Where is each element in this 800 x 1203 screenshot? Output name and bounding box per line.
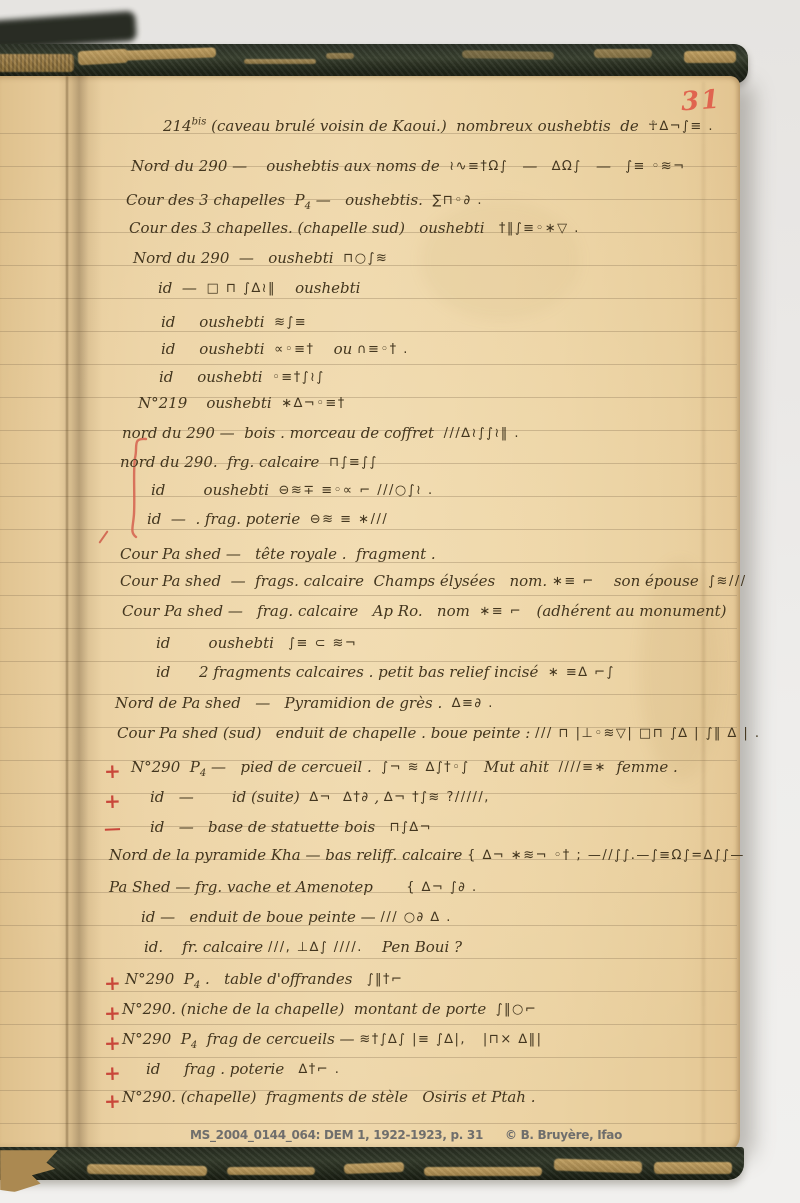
handwritten-text: ou (315, 340, 358, 358)
hieroglyph-run: { ∆¬ ∗≋¬ ◦† ; —//∫∫.—∫≡Ω∫=∆∫∫— (467, 848, 745, 863)
hieroglyph-run: ////≡∗ (559, 760, 607, 775)
manuscript-line: Nord de la pyramide Kha — bas reliff. ca… (109, 845, 745, 865)
handwritten-text: son épouse (595, 572, 709, 590)
manuscript-line: id oushebti ∝◦≡† ou ∩≡◦† . (161, 339, 409, 359)
cover-wear-patch (594, 49, 652, 58)
manuscript-line: id oushebti ⊖≋∓ ≡◦∝ ⌐ ///○∫≀ . (151, 480, 434, 500)
manuscript-line: id — . frag. poterie ⊖≋ ≡ ∗/// (147, 509, 388, 529)
handwritten-text: N°290. (niche de la chapelle) montant de… (122, 1000, 496, 1018)
manuscript-line: nord du 290. frg. calcaire ⊓∫≡∫∫ (120, 452, 378, 472)
manuscript-line: id — □ ⊓ ∫∆≀‖ oushebti (158, 278, 360, 298)
hieroglyph-run: ∆¬ †∫≋ ?/////, (384, 790, 490, 805)
handwritten-text: 214 (163, 117, 192, 135)
handwritten-text: . table d'offrandes (200, 970, 367, 988)
cover-wear-patch (344, 1162, 404, 1174)
hieroglyph-run: ∆†⌐ . (299, 1062, 341, 1077)
manuscript-line: nord du 290 — bois . morceau de coffret … (122, 423, 520, 443)
manuscript-line: Cour Pa shed — tête royale . fragment . (120, 544, 436, 564)
handwritten-text: , (370, 788, 384, 806)
handwritten-text: N°290 P (131, 758, 200, 776)
hieroglyph-run: ∆≡∂ . (452, 696, 494, 711)
red-margin-plus-mark: + (104, 971, 122, 996)
cover-wear-patch (227, 1167, 315, 1175)
manuscript-line: Nord du 290 — oushebtis aux noms de ≀∿≡†… (131, 156, 686, 176)
handwritten-text: (adhérent au monument) (522, 602, 726, 620)
hieroglyph-run: ◦≡†∫≀∫ (272, 370, 324, 385)
manuscript-line: id oushebti ∫≡ ⊂ ≋¬ (156, 633, 357, 653)
hieroglyph-run: ∫‖○⌐ (496, 1002, 538, 1017)
handwritten-text: id — (158, 279, 206, 297)
handwritten-text: Cour Pa shed — frag. calcaire Ap Ro. nom (122, 602, 479, 620)
handwritten-text: — pied de cercueil . (206, 758, 381, 776)
hieroglyph-run: †‖∫≡◦∗▽ . (499, 221, 580, 236)
manuscript-line: 214bis (caveau brulé voisin de Kaoui.) n… (163, 116, 714, 136)
handwritten-text: id 2 fragments calcaires . petit bas rel… (156, 663, 548, 681)
handwritten-text: Pen Boui ? (363, 938, 462, 956)
handwritten-text: N°290 P (125, 970, 194, 988)
manuscript-line: id — id (suite) ∆¬ ∆†∂ , ∆¬ †∫≋ ?/////, (150, 787, 490, 807)
cover-wear-patch (654, 1162, 732, 1174)
handwritten-text: N°290 P (122, 1030, 191, 1048)
manuscript-line: N°219 oushebti ∗∆¬◦≡† (138, 393, 346, 413)
cover-wear-patch (462, 50, 554, 60)
manuscript-line: Cour Pa shed — frag. calcaire Ap Ro. nom… (122, 601, 727, 621)
manuscript-line: id — enduit de boue peinte — /// ○∂ ∆ . (141, 907, 452, 927)
handwritten-text: Cour Pa shed — frags. calcaire Champs él… (120, 572, 552, 590)
red-margin-plus-mark: + (104, 1089, 122, 1114)
cover-wear-patch (684, 51, 736, 63)
hieroglyph-run: ⊓○∫≋ (343, 251, 388, 266)
hieroglyph-run: □ ⊓ ∫∆≀‖ (206, 281, 276, 296)
red-margin-plus-mark: + (104, 759, 122, 784)
page-gutter (58, 76, 102, 1152)
manuscript-line: id 2 fragments calcaires . petit bas rel… (156, 662, 615, 682)
handwritten-text: id — . frag. poterie (147, 510, 310, 528)
manuscript-line: N°290 P4 — pied de cercueil . ∫¬ ≋ ∆∫†◦∫… (131, 757, 678, 779)
handwritten-text: Cour des 3 chapelles P (126, 191, 305, 209)
hieroglyph-run: ∗≡ ⌐ (479, 604, 522, 619)
handwritten-text: (caveau brulé voisin de Kaoui.) nombreux… (206, 117, 648, 135)
manuscript-line: Cour Pa shed — frags. calcaire Champs él… (120, 571, 747, 591)
handwritten-text: Pa Shed — frg. vache et Amenotep (109, 878, 406, 896)
handwritten-text: Nord du 290 — oushebtis aux noms de (131, 157, 449, 175)
photo-backdrop: 31 214bis (caveau brulé voisin de Kaoui.… (0, 0, 800, 1203)
red-margin-dash-mark: — (104, 819, 122, 840)
manuscript-line: N°290 P4 . table d'offrandes ∫‖†⌐ (125, 969, 403, 991)
handwritten-text: Nord de la pyramide Kha — bas reliff. ca… (109, 846, 467, 864)
handwritten-text: id — base de statuette bois (150, 818, 390, 836)
manuscript-line: id frag . poterie ∆†⌐ . (146, 1059, 340, 1079)
hieroglyph-run: ∫≋/// (708, 574, 746, 589)
handwritten-text: id — id (suite) (150, 788, 309, 806)
hieroglyph-run: ∫≡ ⊂ ≋¬ (288, 636, 357, 651)
cover-wear-patch (244, 59, 316, 64)
manuscript-line: id. fr. calcaire ///, ⊥∆∫ ////. Pen Boui… (144, 937, 462, 957)
hieroglyph-run: /// ⊓ |⊥◦≋▽| □⊓ ∫∆ | ∫‖ ∆ | . (535, 726, 760, 741)
handwritten-text: — oushebtis. (311, 191, 432, 209)
handwritten-text: id frag . poterie (146, 1060, 299, 1078)
handwritten-text: bis (192, 117, 207, 128)
hieroglyph-run: ∫≡ ◦≋¬ (625, 159, 685, 174)
handwritten-text: id. fr. calcaire (144, 938, 268, 956)
handwritten-text: id — enduit de boue peinte — (141, 908, 380, 926)
cover-wear-patch (124, 47, 216, 60)
hieroglyph-run: ∝◦≡† (274, 342, 314, 357)
hieroglyph-run: ☥∆¬∫≡ . (648, 119, 714, 134)
manuscript-line: N°290 P4 frag de cercueils — ≋†∫∆∫ |≡ ∫∆… (122, 1029, 543, 1051)
hieroglyph-run: ∫¬ ≋ ∆∫†◦∫ (381, 760, 469, 775)
red-margin-plus-mark: + (104, 1001, 122, 1026)
red-margin-plus-mark: + (104, 1031, 122, 1056)
hieroglyph-run: ⊓∫∆¬ (390, 820, 433, 835)
handwritten-text: Nord du 290 — oushebti (133, 249, 343, 267)
handwritten-text: Nord de Pa shed — Pyramidion de grès . (115, 694, 452, 712)
cover-wear-patch (78, 49, 129, 66)
hieroglyph-run: ⊓∫≡∫∫ (329, 455, 378, 470)
hieroglyph-run: ≋∫≡ (274, 315, 307, 330)
handwritten-text: femme . (607, 758, 678, 776)
handwritten-text: Cour des 3 chapelles. (chapelle sud) ous… (129, 219, 499, 237)
cover-wear-patch (424, 1167, 542, 1176)
red-margin-plus-mark: + (104, 789, 122, 814)
red-margin-plus-mark: + (104, 1061, 122, 1086)
manuscript-line: Cour des 3 chapelles. (chapelle sud) ous… (129, 218, 580, 238)
manuscript-line: Cour Pa shed (sud) enduit de chapelle . … (117, 723, 760, 743)
handwritten-text: id oushebti (151, 481, 278, 499)
cover-wear-patch (326, 53, 354, 59)
page-number: 31 (680, 85, 722, 118)
hieroglyph-run: ∗∆¬◦≡† (281, 396, 346, 411)
hieroglyph-run: ∆¬ ∆†∂ (309, 790, 369, 805)
handwritten-text: — (582, 157, 626, 175)
manuscript-line: Nord de Pa shed — Pyramidion de grès . ∆… (115, 693, 494, 713)
manuscript-line: id — base de statuette bois ⊓∫∆¬ (150, 817, 432, 837)
handwritten-text: nord du 290 — bois . morceau de coffret (122, 424, 444, 442)
manuscript-line: id oushebti ◦≡†∫≀∫ (159, 367, 325, 387)
cover-wear-patch (87, 1164, 207, 1176)
handwritten-text: id oushebti (156, 634, 288, 652)
hieroglyph-run: ⊖≋∓ ≡◦∝ ⌐ ///○∫≀ . (278, 483, 433, 498)
hieroglyph-run: ∗ ≡∆ ⌐∫ (548, 665, 615, 680)
age-stain (640, 560, 720, 780)
manuscript-line: N°290. (niche de la chapelle) montant de… (122, 999, 537, 1019)
cover-wear-patch (0, 54, 74, 72)
handwritten-text: oushebti (276, 279, 360, 297)
handwritten-text: Mut ahit (470, 758, 559, 776)
handwritten-text: frag de cercueils — (197, 1030, 359, 1048)
handwritten-text: N°219 oushebti (138, 394, 281, 412)
manuscript-line: id oushebti ≋∫≡ (161, 312, 307, 332)
manuscript-line: N°290. (chapelle) fragments de stèle Osi… (122, 1087, 536, 1107)
handwritten-text: Cour Pa shed — tête royale . fragment . (120, 545, 436, 563)
handwritten-text: — (508, 157, 552, 175)
hieroglyph-run: /// ○∂ ∆ . (380, 910, 451, 925)
manuscript-line: Pa Shed — frg. vache et Amenotep { ∆¬ ∫∂… (109, 877, 478, 897)
handwritten-text: nord du 290. frg. calcaire (120, 453, 329, 471)
handwritten-text: N°290. (chapelle) fragments de stèle Osi… (122, 1088, 536, 1106)
manuscript-line: Nord du 290 — oushebti ⊓○∫≋ (133, 248, 388, 268)
hieroglyph-run: ≋†∫∆∫ |≡ ∫∆|, |⊓× ∆‖| (359, 1032, 542, 1047)
hieroglyph-run: ∩≡◦† . (357, 342, 409, 357)
notebook-cover-bottom-edge (0, 1147, 744, 1180)
hieroglyph-run: ∫‖†⌐ (367, 972, 404, 987)
cover-wear-patch (554, 1158, 642, 1173)
hieroglyph-run: ∆Ω∫ (552, 159, 582, 174)
hieroglyph-run: ∑⊓◦∂ . (432, 193, 483, 208)
footer-reference: MS_2004_0144_064: DEM 1, 1922-1923, p. 3… (190, 1128, 483, 1142)
handwritten-text: Cour Pa shed (sud) enduit de chapelle . … (117, 724, 535, 742)
hieroglyph-run: ///∆≀∫∫≀‖ . (444, 426, 520, 441)
gutter-fold-line (66, 76, 68, 1152)
handwritten-text: id oushebti (161, 340, 274, 358)
hieroglyph-run: ≀∿≡†Ω∫ (449, 159, 508, 174)
handwritten-text: id oushebti (161, 313, 274, 331)
hieroglyph-run: ∗≡ ⌐ (552, 574, 595, 589)
hieroglyph-run: ⊖≋ ≡ ∗/// (310, 512, 388, 527)
footer-copyright: © B. Bruyère, Ifao (505, 1128, 622, 1142)
hieroglyph-run: { ∆¬ ∫∂ . (406, 880, 477, 895)
handwritten-text: id oushebti (159, 368, 272, 386)
manuscript-line: Cour des 3 chapelles P4 — oushebtis. ∑⊓◦… (126, 190, 483, 212)
hieroglyph-run: ///, ⊥∆∫ ////. (268, 940, 363, 955)
